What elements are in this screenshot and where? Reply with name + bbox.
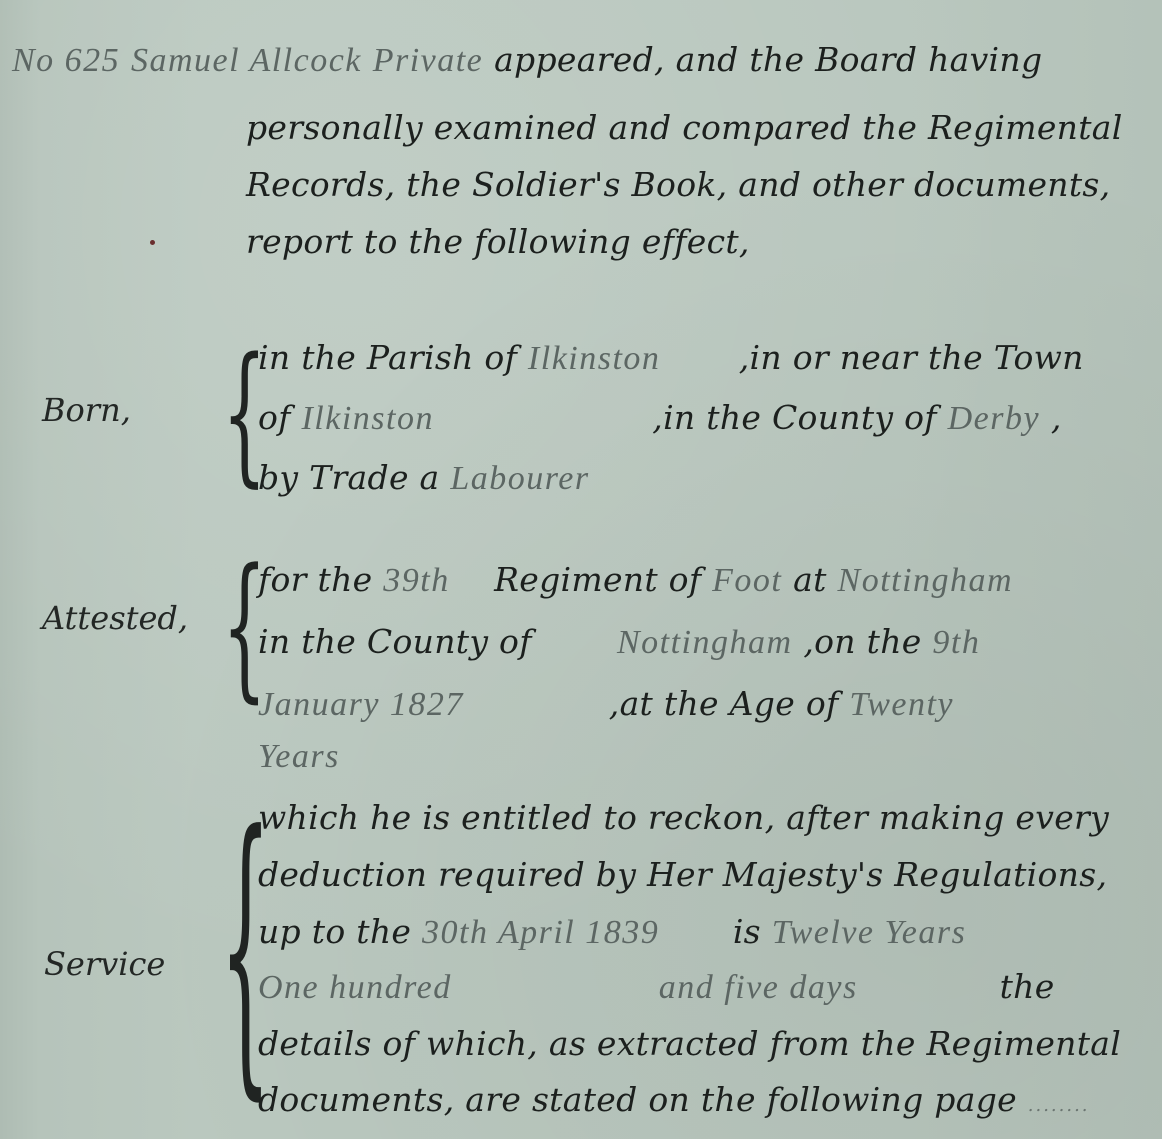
service-following-text: documents, are stated on the following p… (258, 1080, 1017, 1119)
soldier-rank: Private (373, 42, 484, 79)
header-line-1: No 625 Samuel Allcock Private appeared, … (12, 40, 1042, 81)
attested-line-2: in the County of Nottingham ,on the 9th (258, 622, 980, 663)
attested-county-prefix: in the County of (258, 622, 532, 661)
document-page: No 625 Samuel Allcock Private appeared, … (0, 0, 1162, 1139)
service-line-4: One hundred and five days the (258, 967, 1055, 1008)
born-line-2: of Ilkinston ,in the County of Derby , (258, 398, 1062, 439)
header-printed-text: appeared, and the Board having (494, 40, 1042, 79)
born-town-value: Ilkinston (301, 399, 641, 439)
attested-county-value: Nottingham (543, 623, 793, 663)
attested-date-prefix: ,on the (803, 622, 921, 661)
born-trade-prefix: by Trade a (258, 458, 440, 497)
attested-at-text: at (793, 560, 827, 599)
attested-age-value: Twenty (849, 686, 954, 723)
service-the-text: the (1000, 967, 1055, 1006)
attested-date-value: January 1827 (258, 685, 598, 725)
service-label: Service (44, 944, 165, 984)
born-of-text: of (258, 398, 291, 437)
service-line-5: details of which, as extracted from the … (258, 1024, 1121, 1064)
attested-for-text: for the (258, 560, 373, 599)
born-town-prefix: ,in or near the Town (739, 338, 1084, 377)
born-county-value: Derby (948, 400, 1040, 437)
attested-label: Attested, (42, 598, 188, 638)
header-line-4: report to the following effect, (246, 222, 750, 262)
soldier-number: No 625 (12, 42, 120, 79)
service-line-3: up to the 30th April 1839 is Twelve Year… (258, 912, 966, 953)
service-upto-text: up to the (258, 912, 411, 951)
born-parish-value: Ilkinston (528, 339, 728, 379)
attested-age-prefix: ,at the Age of (609, 684, 839, 723)
born-line-3: by Trade a Labourer (258, 458, 590, 499)
leader-dots: ........ (1028, 1095, 1090, 1116)
header-line-3: Records, the Soldier's Book, and other d… (246, 165, 1110, 205)
born-comma: , (1051, 398, 1062, 437)
attested-day-value: 9th (932, 624, 980, 661)
service-is-text: is (733, 912, 761, 951)
service-days-value: and five days (659, 968, 989, 1008)
attested-arm-value: Foot (712, 561, 782, 601)
service-hundred-value: One hundred (258, 968, 648, 1008)
soldier-name: Samuel Allcock (131, 42, 362, 79)
ink-speck (150, 240, 155, 245)
born-label: Born, (42, 390, 131, 430)
service-years-value: Twelve Years (772, 914, 967, 951)
service-line-1: which he is entitled to reckon, after ma… (258, 798, 1109, 838)
attested-line-1: for the 39th Regiment of Foot at Notting… (258, 560, 1013, 601)
born-county-prefix: ,in the County of (652, 398, 937, 437)
attested-regiment-number: 39th (383, 561, 483, 601)
born-trade-value: Labourer (450, 460, 589, 497)
attested-place-value: Nottingham (838, 562, 1014, 599)
service-line-2: deduction required by Her Majesty's Regu… (258, 855, 1107, 895)
service-line-6: documents, are stated on the following p… (258, 1080, 1090, 1126)
service-date-value: 30th April 1839 (422, 913, 722, 953)
born-line-1: in the Parish of Ilkinston ,in or near t… (258, 338, 1084, 379)
header-line-2: personally examined and compared the Reg… (246, 108, 1123, 148)
born-parish-prefix: in the Parish of (258, 338, 517, 377)
attested-regiment-text: Regiment of (494, 560, 701, 599)
attested-line-3: January 1827 ,at the Age of Twenty (258, 684, 954, 725)
